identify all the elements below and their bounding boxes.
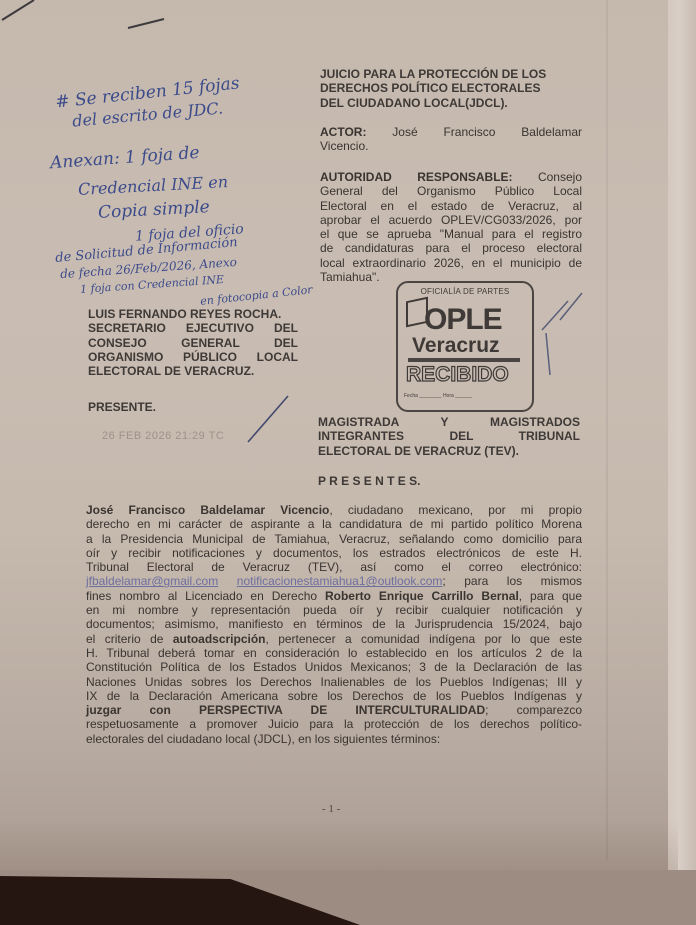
stamp-bar — [408, 358, 520, 362]
stamp-footer: Fecha ________ Hora ______ — [404, 393, 472, 399]
page-fold — [606, 0, 608, 860]
tribunal-block: MAGISTRADA Y MAGISTRADOS INTEGRANTES DEL… — [318, 415, 580, 458]
stamp-header: OFICIALÍA DE PARTES — [398, 287, 532, 296]
signature-mark — [520, 285, 590, 385]
addressee-block: LUIS FERNANDO REYES ROCHA. SECRETARIO EJ… — [88, 307, 298, 378]
page-number: - 1 - — [322, 803, 340, 815]
received-timestamp: 26 FEB 2026 21:29 TC — [102, 430, 224, 442]
email-link-outlook[interactable]: notificacionestamiahua1@outlook.com — [237, 574, 443, 588]
body-paragraph: José Francisco Baldelamar Vicencio, ciud… — [86, 503, 582, 746]
page-edge — [668, 0, 696, 925]
reception-stamp: OFICIALÍA DE PARTES OPLE Veracruz RECIBI… — [396, 281, 534, 412]
pen-slash — [240, 390, 300, 450]
addressee-closing: PRESENTE. — [88, 400, 156, 414]
case-title: JUICIO PARA LA PROTECCIÓN DE LOS DERECHO… — [320, 67, 578, 110]
email-link-gmail[interactable]: jfbaldelamar@gmail.com — [86, 574, 218, 588]
stamp-status: RECIBIDO — [406, 363, 509, 387]
pen-marks-top — [0, 0, 200, 40]
actor-block: ACTOR: José Francisco Baldelamar Vicenci… — [320, 125, 582, 154]
stamp-logo: OPLE — [424, 303, 502, 337]
stamp-state: Veracruz — [412, 334, 500, 358]
authority-block: AUTORIDAD RESPONSABLE: Consejo General d… — [320, 170, 582, 284]
tribunal-closing: P R E S E N T E S. — [318, 474, 420, 488]
